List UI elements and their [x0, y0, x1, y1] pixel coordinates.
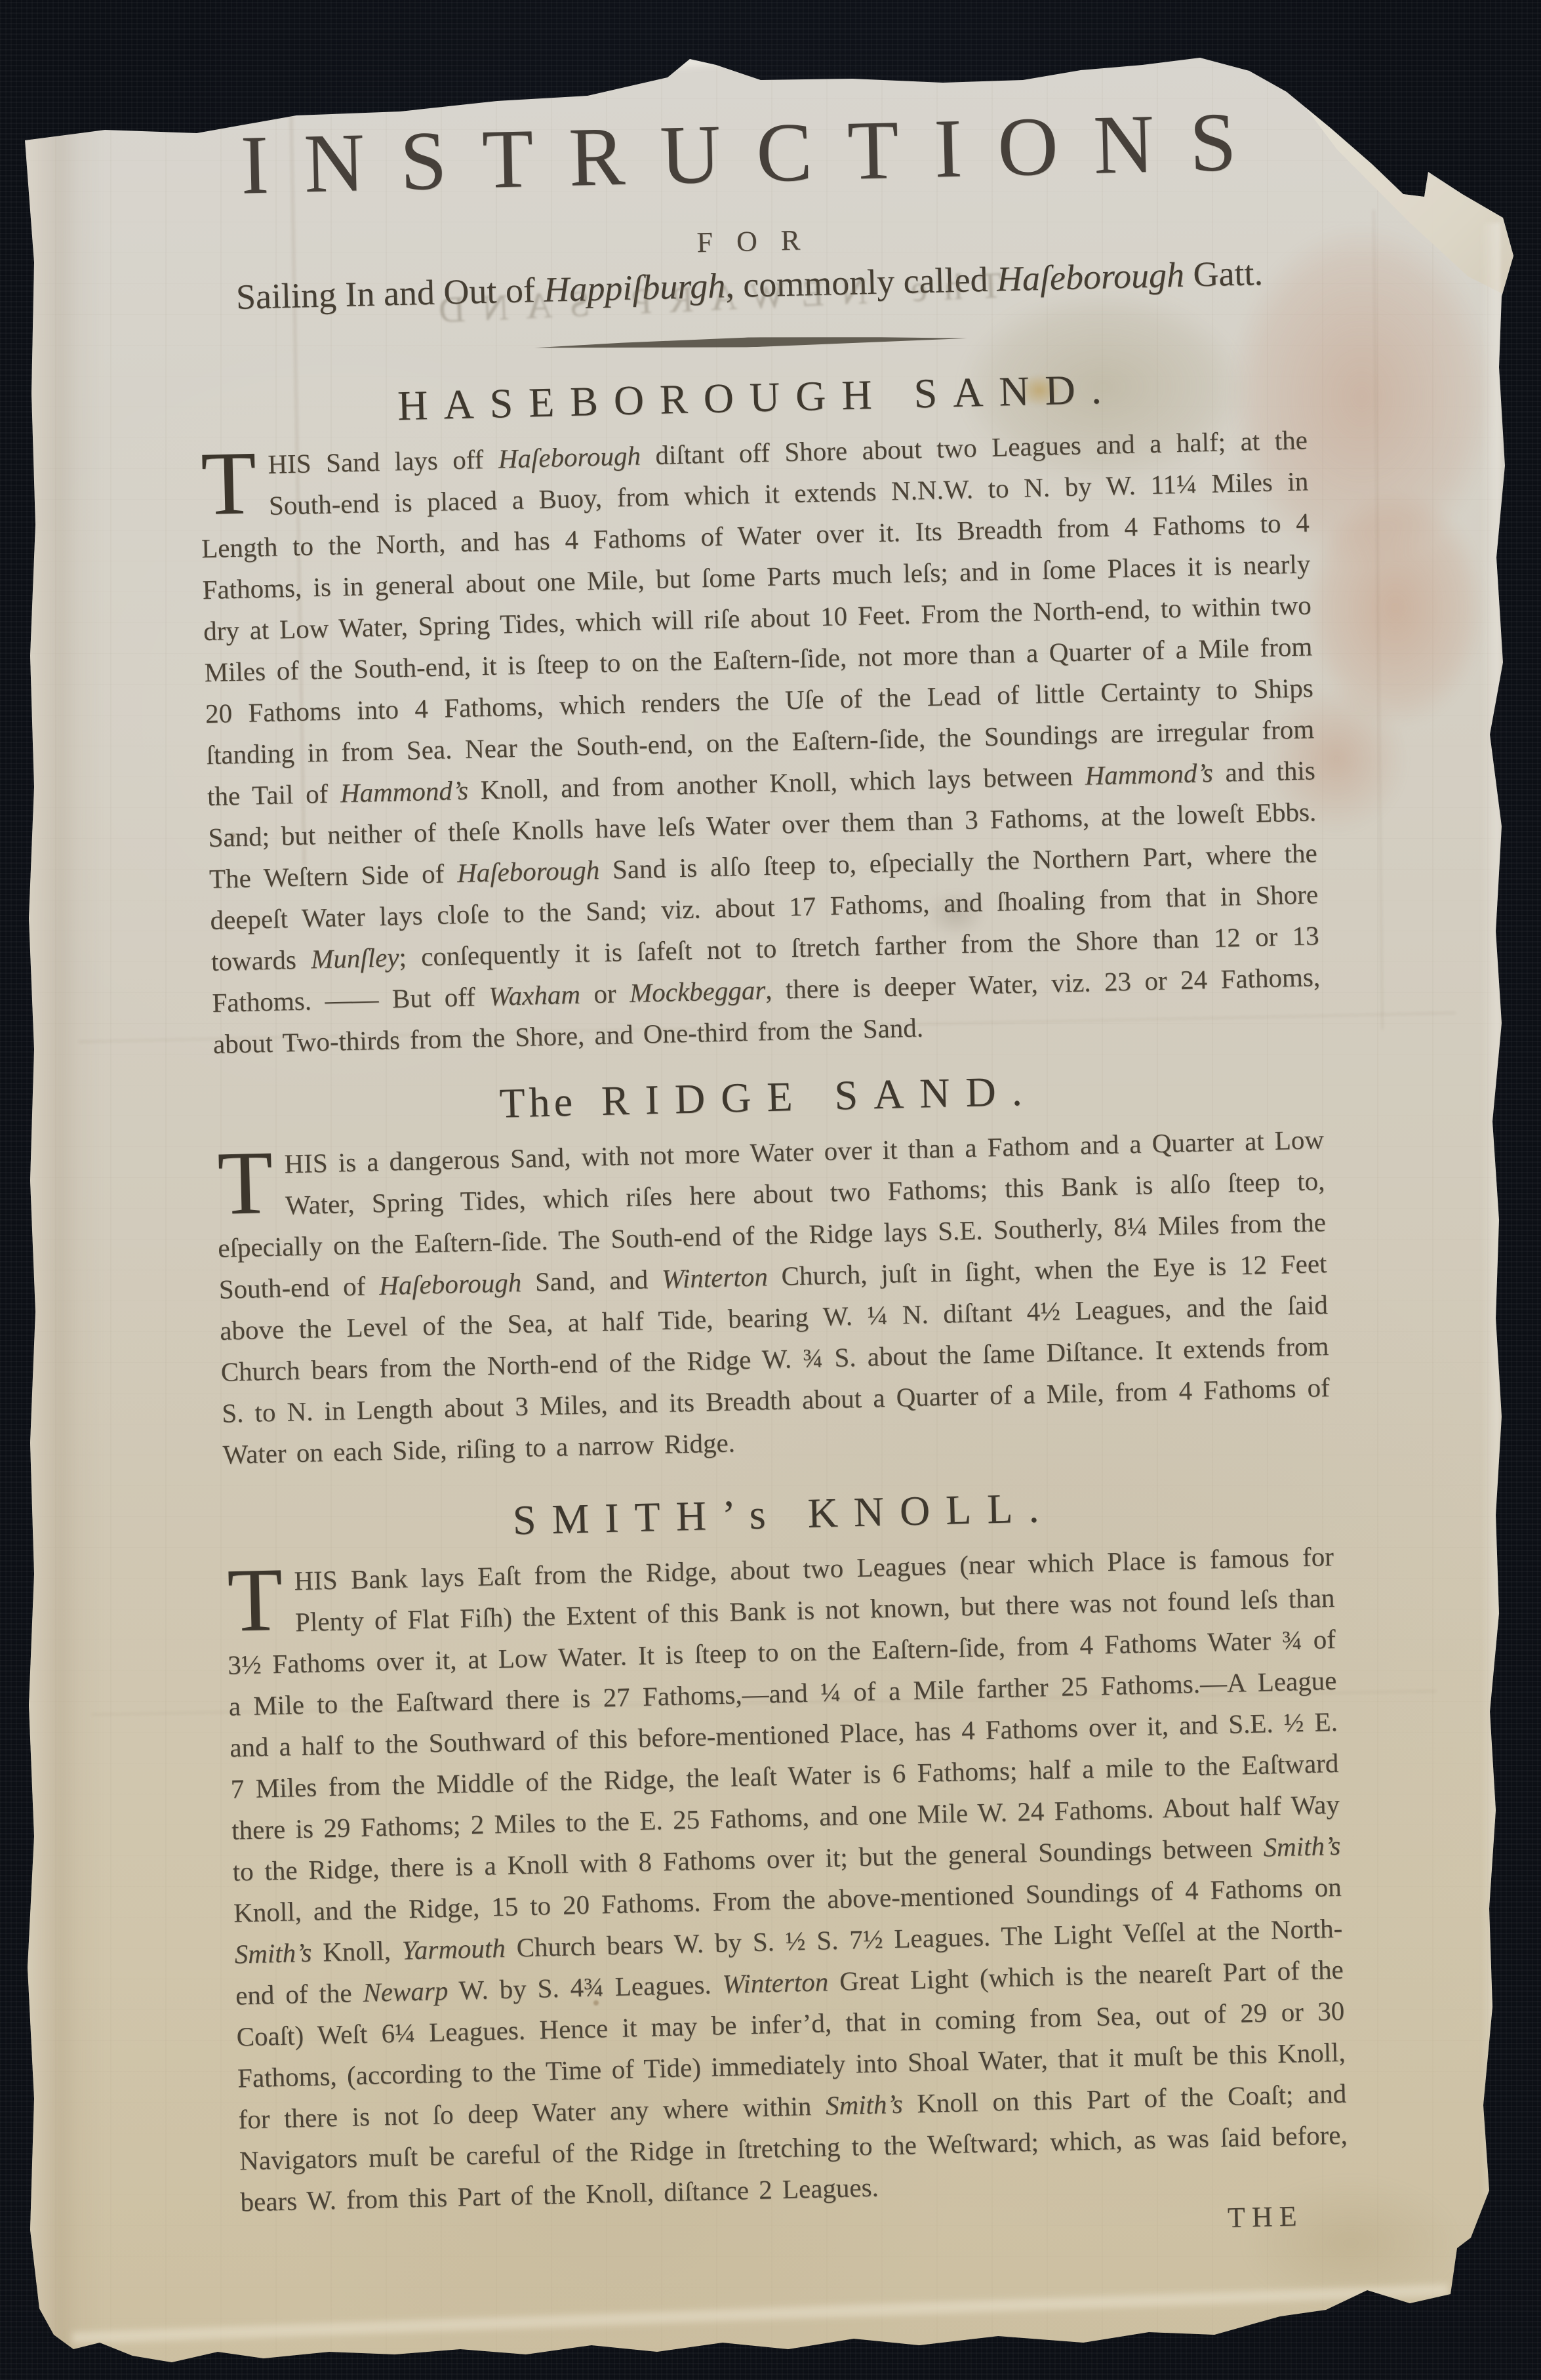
photo-backdrop: The NEWARP SAND INSTRUCTIONS FOR Sailing… — [0, 0, 1541, 2380]
drop-cap: T — [226, 1560, 296, 1635]
drop-cap: T — [199, 444, 269, 519]
paragraph-text: HIS is a dangerous Sand, with not more W… — [218, 1124, 1331, 1470]
page-content: The NEWARP SAND INSTRUCTIONS FOR Sailing… — [191, 98, 1350, 2258]
paragraph-text: HIS Sand lays off Haſeborough diſtant of… — [201, 424, 1321, 1059]
paragraph-smiths-knoll: THIS Bank lays Eaſt from the Ridge, abou… — [226, 1536, 1349, 2223]
foxing-speck — [1351, 125, 1359, 131]
paragraph-text: HIS Bank lays Eaſt from the Ridge, about… — [228, 1541, 1348, 2217]
section-heading-main: HASEBOROUGH SAND. — [397, 365, 1117, 429]
swelled-rule — [534, 333, 967, 353]
section-heading-pre — [502, 1497, 503, 1544]
section-heading-pre: The — [499, 1078, 591, 1126]
paragraph-ridge-sand: THIS is a dangerous Sand, with not more … — [216, 1119, 1331, 1476]
torn-edge-highlight-right — [1481, 223, 1500, 2197]
document-page: The NEWARP SAND INSTRUCTIONS FOR Sailing… — [0, 0, 1541, 2380]
section-heading-pre — [386, 382, 388, 429]
drop-cap: T — [216, 1143, 286, 1218]
left-fold-crease — [25, 131, 104, 2354]
section-heading-main: RIDGE SAND. — [601, 1067, 1038, 1124]
section-heading-main: SMITH’s KNOLL. — [512, 1484, 1055, 1543]
paragraph-haseborough-sand: THIS Sand lays off Haſeborough diſtant o… — [199, 419, 1321, 1065]
